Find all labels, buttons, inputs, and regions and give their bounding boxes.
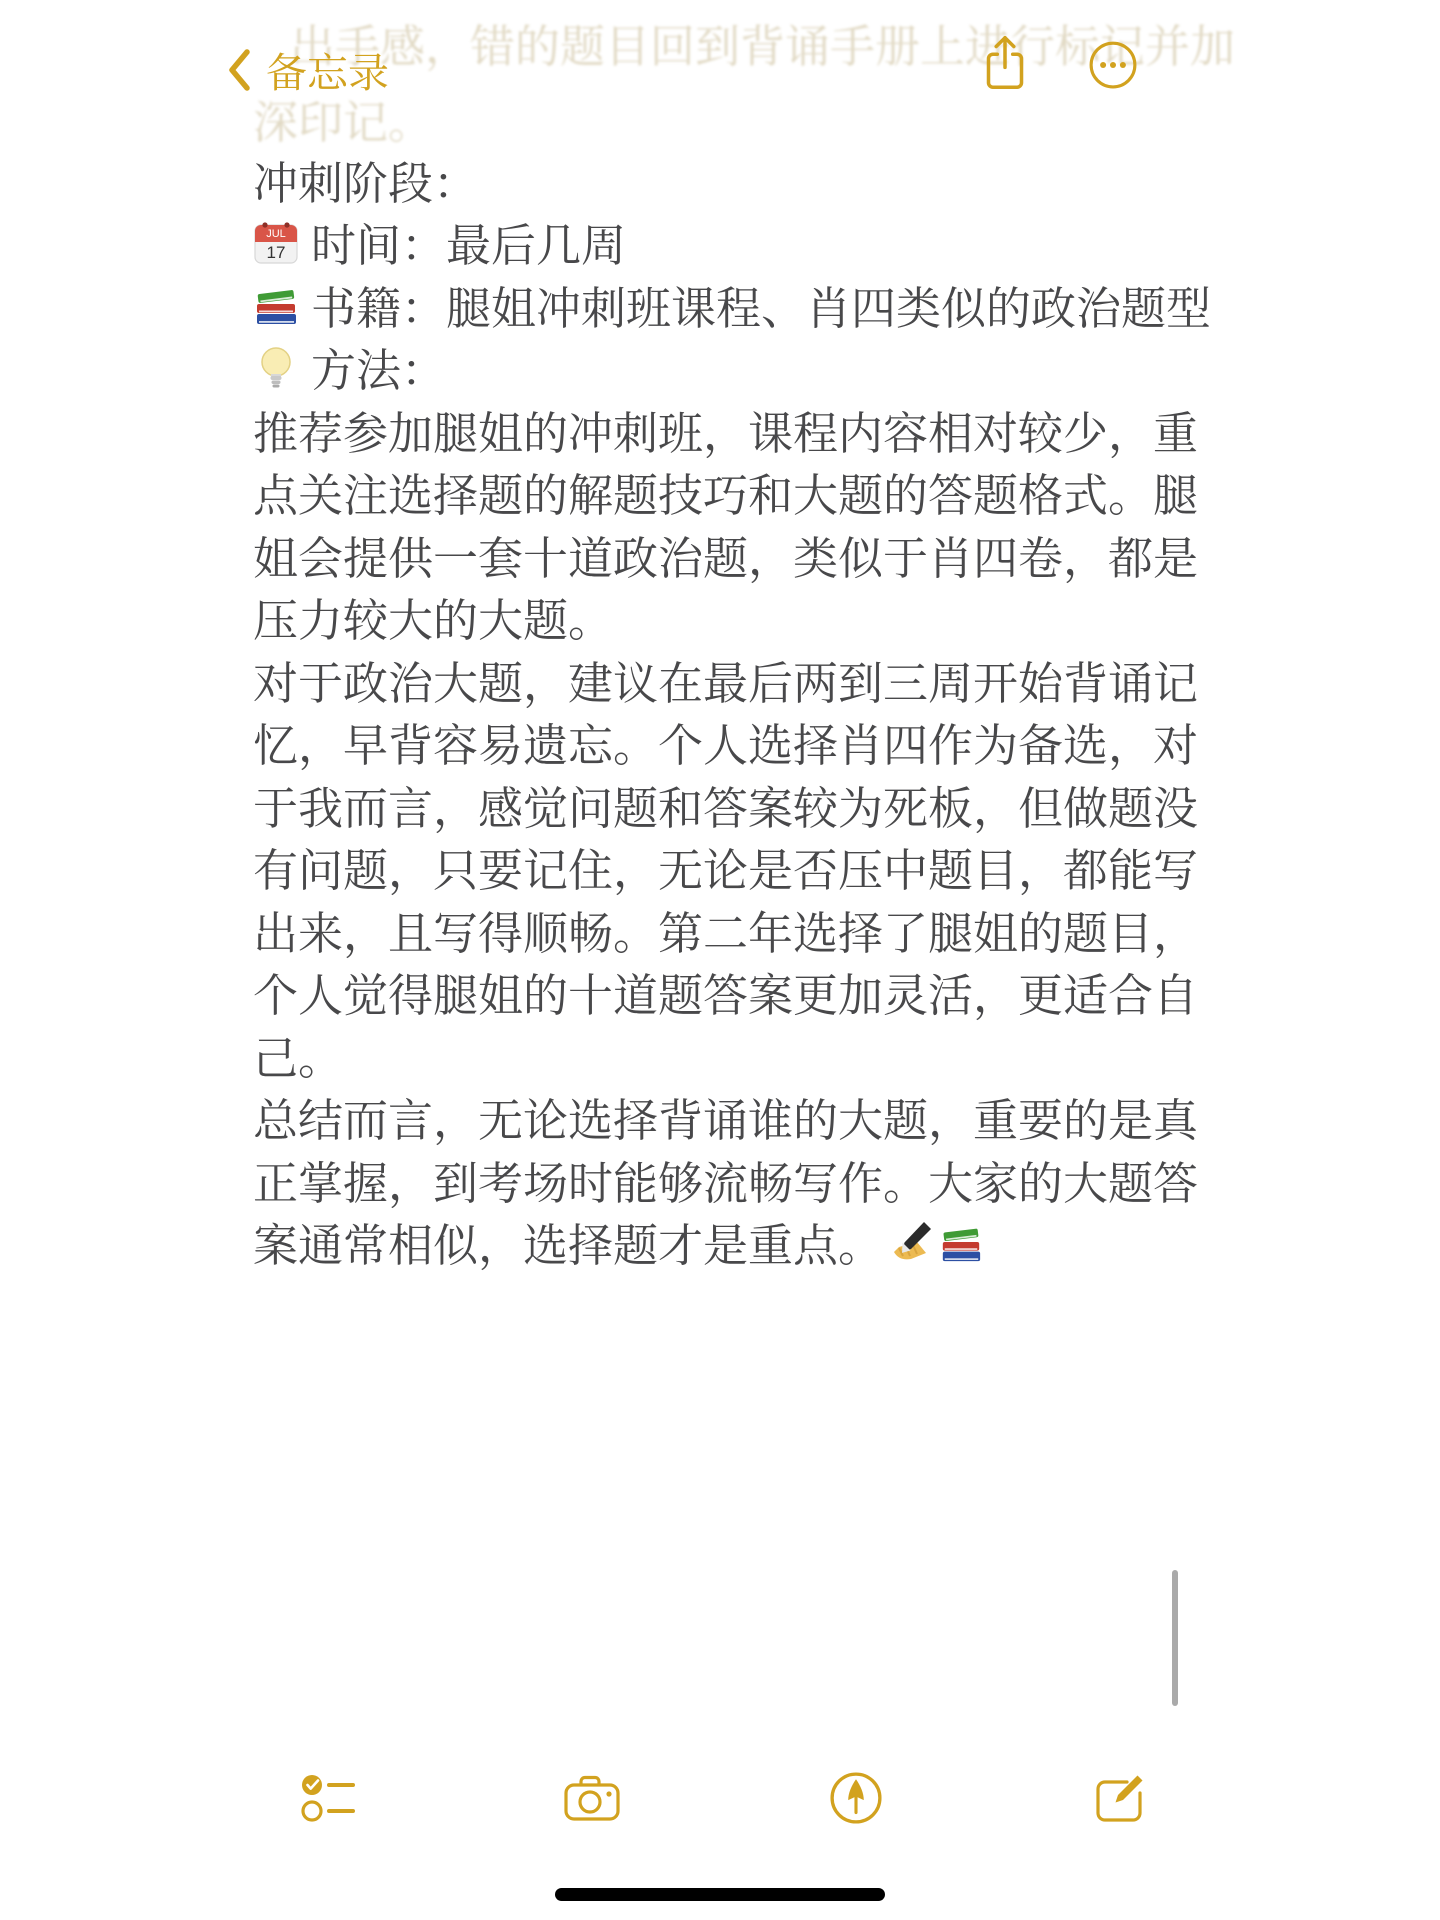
share-button[interactable]: [983, 34, 1027, 97]
chevron-left-icon: [226, 47, 252, 93]
notes-app-screen: 出手感，错的题目回到背诵手册上进行标记并加 深印记。 备忘录: [0, 0, 1440, 1920]
note-line: 有问题，只要记住，无论是否压中题目，都能写: [253, 836, 1233, 899]
note-text: 于我而言，感觉问题和答案较为死板，但做题没: [253, 772, 1198, 837]
note-line: JUL 17 时间：最后几周: [253, 211, 1233, 274]
home-indicator[interactable]: [555, 1888, 885, 1901]
note-body[interactable]: 冲刺阶段： JUL 17 时间：最后几周: [253, 148, 1233, 1273]
checklist-icon: [301, 1771, 357, 1825]
svg-text:JUL: JUL: [266, 228, 286, 240]
note-text: 冲刺阶段：: [253, 147, 478, 212]
share-icon: [983, 79, 1027, 96]
note-line: 案通常相似，选择题才是重点。: [253, 1211, 1233, 1274]
note-text: 忆，早背容易遗忘。个人选择肖四作为备选，对: [253, 709, 1198, 774]
note-text: 出来，且写得顺畅。第二年选择了腿姐的题目，: [253, 897, 1198, 962]
checklist-button[interactable]: [300, 1769, 358, 1827]
note-text: 总结而言，无论选择背诵谁的大题，重要的是真: [253, 1084, 1198, 1149]
note-text: 时间：最后几周: [311, 209, 626, 274]
note-line: 出来，且写得顺畅。第二年选择了腿姐的题目，: [253, 898, 1233, 961]
bulb-emoji-icon: [253, 344, 299, 390]
note-text: 书籍：腿姐冲刺班课程、肖四类似的政治题型: [311, 272, 1211, 337]
compose-icon: [1092, 1771, 1146, 1825]
note-line: 己。: [253, 1023, 1233, 1086]
note-text: 个人觉得腿姐的十道题答案更加灵活，更适合自: [253, 959, 1198, 1024]
note-text: 案通常相似，选择题才是重点。: [253, 1209, 883, 1274]
note-text: 压力较大的大题。: [253, 584, 613, 649]
scrollbar[interactable]: [1172, 1570, 1178, 1706]
note-text: 姐会提供一套十道政治题，类似于肖四卷，都是: [253, 522, 1198, 587]
svg-text:17: 17: [267, 243, 286, 262]
note-text: 推荐参加腿姐的冲刺班，课程内容相对较少，重: [253, 397, 1198, 462]
note-text: 正掌握，到考场时能够流畅写作。大家的大题答: [253, 1147, 1198, 1212]
note-text: 对于政治大题，建议在最后两到三周开始背诵记: [253, 647, 1198, 712]
note-line: 于我而言，感觉问题和答案较为死板，但做题没: [253, 773, 1233, 836]
note-line: 冲刺阶段：: [253, 148, 1233, 211]
more-icon: [1088, 77, 1138, 94]
compose-button[interactable]: [1090, 1769, 1148, 1827]
note-text: 有问题，只要记住，无论是否压中题目，都能写: [253, 834, 1198, 899]
back-button-label: 备忘录: [266, 40, 389, 99]
calendar-emoji-icon: JUL 17: [253, 219, 299, 265]
note-line: 压力较大的大题。: [253, 586, 1233, 649]
note-line: 总结而言，无论选择背诵谁的大题，重要的是真: [253, 1086, 1233, 1149]
books-emoji-icon: [939, 1220, 983, 1264]
bottom-toolbar: [300, 1768, 1148, 1828]
note-line: 推荐参加腿姐的冲刺班，课程内容相对较少，重: [253, 398, 1233, 461]
back-button[interactable]: 备忘录: [226, 40, 389, 99]
note-text: 己。: [253, 1022, 343, 1087]
books-emoji-icon: [253, 281, 299, 327]
note-line: 点关注选择题的解题技巧和大题的答题格式。腿: [253, 461, 1233, 524]
markup-icon: [829, 1771, 883, 1825]
note-text: 点关注选择题的解题技巧和大题的答题格式。腿: [253, 459, 1198, 524]
note-line: 书籍：腿姐冲刺班课程、肖四类似的政治题型: [253, 273, 1233, 336]
more-options-button[interactable]: [1088, 40, 1138, 95]
note-line: 个人觉得腿姐的十道题答案更加灵活，更适合自: [253, 961, 1233, 1024]
camera-button[interactable]: [563, 1769, 621, 1827]
note-line: 正掌握，到考场时能够流畅写作。大家的大题答: [253, 1148, 1233, 1211]
writing-hand-emoji-icon: [889, 1220, 933, 1264]
note-text: 方法：: [311, 334, 446, 399]
note-line: 方法：: [253, 336, 1233, 399]
markup-button[interactable]: [827, 1769, 885, 1827]
note-line: 对于政治大题，建议在最后两到三周开始背诵记: [253, 648, 1233, 711]
note-line: 姐会提供一套十道政治题，类似于肖四卷，都是: [253, 523, 1233, 586]
camera-icon: [563, 1774, 621, 1822]
note-line: 忆，早背容易遗忘。个人选择肖四作为备选，对: [253, 711, 1233, 774]
